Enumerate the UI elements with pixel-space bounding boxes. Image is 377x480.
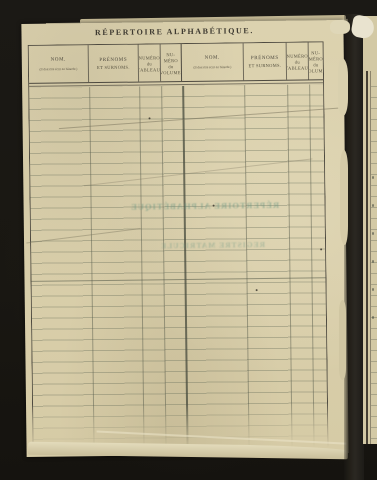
torn-paper-fragment [330, 20, 350, 34]
column-header-note: (Il doit être écrit en bâtarde.) [193, 65, 231, 69]
column-header-prenoms-right: PRÉNOMS ET SURNOMS. [244, 43, 287, 81]
repertoire-table: NOM. (Il doit être écrit en bâtarde.) PR… [28, 41, 329, 455]
page-title: RÉPERTOIRE ALPHABÉTIQUE. [27, 25, 321, 39]
ink-speck [213, 205, 215, 207]
register-page: RÉPERTOIRE ALPHABÉTIQUE. NOM. (Il doit ê… [21, 20, 348, 457]
column-divider [139, 87, 144, 453]
ink-speck [149, 117, 151, 119]
column-divider [244, 85, 249, 451]
column-header-numero-volume-right: NU- MÉRO du VOLUME. [309, 42, 323, 79]
column-header-numero-tableau-right: NUMÉRO du TABLEAU. [287, 42, 309, 79]
photographed-register-scene: RÉPERTOIRE ALPHABÉTIQUE. NOM. (Il doit ê… [0, 0, 377, 480]
column-divider [89, 87, 94, 453]
handwriting-mark [372, 204, 374, 207]
ink-speck [256, 289, 258, 291]
column-header-prenoms-left: PRÉNOMS ET SURNOMS. [89, 45, 139, 83]
handwriting-mark [372, 260, 374, 263]
center-column-divider [182, 86, 188, 452]
column-header-nom-right: NOM. (Il doit être écrit en bâtarde.) [182, 43, 244, 81]
column-header-note: (Il doit être écrit en bâtarde.) [39, 67, 77, 71]
ink-speck [320, 248, 322, 250]
darker-row-rule [32, 277, 326, 282]
torn-paper-fragment [339, 300, 346, 380]
column-divider [309, 84, 314, 450]
ink-bleedthrough-title: RÉPERTOIRE ALPHABÉTIQUE [113, 200, 297, 212]
column-header-nom-left: NOM. (Il doit être écrit en bâtarde.) [29, 45, 89, 83]
ink-bleedthrough-subtitle: REGISTRE MATRICULE [140, 240, 285, 251]
column-header-numero-tableau-left: NUMÉRO du TABLEAU. [139, 44, 161, 81]
table-header-row: NOM. (Il doit être écrit en bâtarde.) PR… [29, 42, 323, 84]
column-divider [161, 86, 166, 452]
column-divider [287, 85, 292, 451]
handwriting-mark [372, 288, 374, 291]
torn-paper-fragment [340, 150, 348, 245]
adjacent-page-edge [363, 16, 377, 444]
torn-paper-fragment [338, 58, 348, 116]
table-body-ruling: RÉPERTOIRE ALPHABÉTIQUE REGISTRE MATRICU… [29, 84, 327, 454]
handwriting-mark [372, 176, 374, 179]
column-header-numero-volume-left: NU- MÉRO du VOLUME. [161, 44, 182, 81]
handwriting-mark [372, 232, 374, 235]
handwriting-mark [372, 316, 374, 319]
adjacent-page-border [366, 71, 368, 444]
